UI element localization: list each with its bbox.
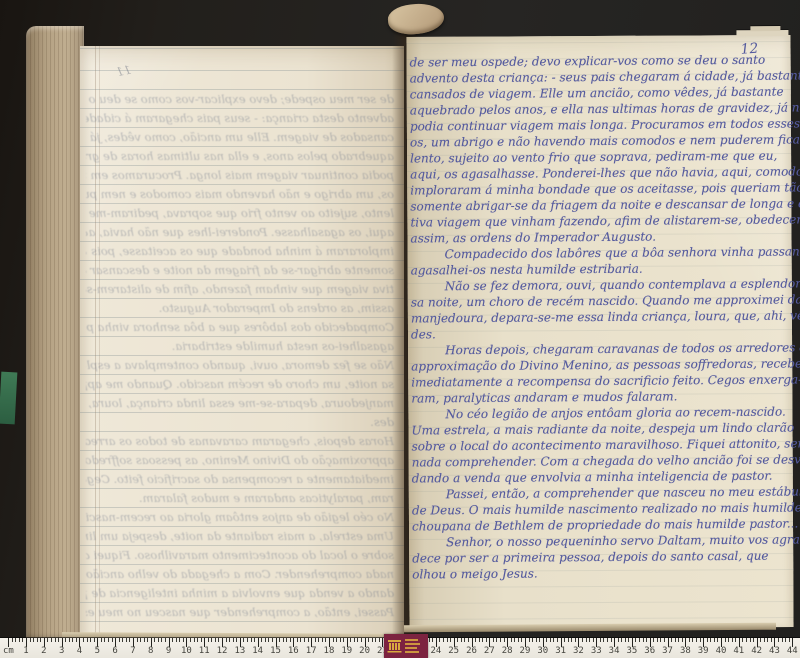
ruler-sub-tick [161, 638, 162, 642]
ruler-sub-tick [496, 638, 497, 642]
ruler-sub-tick [639, 638, 640, 642]
ruler-number: 20 [358, 646, 372, 656]
ruler-number: 17 [304, 646, 318, 656]
ruler-number: 34 [607, 646, 621, 656]
bleed-through-line: aquebrado pelos anos, e ella nas ultimas… [86, 147, 394, 166]
ruler-sub-tick [350, 638, 351, 642]
ruler-number: 25 [447, 646, 461, 656]
ruler-sub-tick [568, 638, 569, 642]
ruler-sub-tick [518, 638, 519, 642]
ruler-sub-tick [379, 638, 380, 642]
ruler-sub-tick [190, 638, 191, 642]
ruler-sub-tick [108, 638, 109, 642]
ruler-sub-tick [735, 638, 736, 642]
ruler-sub-tick [197, 638, 198, 642]
bleed-through-line: manjedoura, depara-se-me essa linda cria… [86, 394, 394, 413]
ruler-sub-tick [308, 638, 309, 642]
ruler-sub-tick [479, 638, 480, 642]
ruler-sub-tick [126, 638, 127, 642]
archive-stamp-text [405, 639, 420, 653]
ruler-sub-tick [457, 638, 458, 642]
bleed-through-line: agasalhei-os nesta humilde estribaria. [86, 337, 394, 356]
ruler-sub-tick [611, 638, 612, 642]
ruler-unit-label: cm [3, 646, 14, 656]
bleed-through-line: ram, paralyticas andaram e mudos falaram… [86, 489, 394, 508]
ruler-number: 18 [322, 646, 336, 656]
ruler-sub-tick [439, 638, 440, 642]
ruler-sub-tick [226, 638, 227, 642]
ruler-sub-tick [300, 638, 301, 642]
bleed-through-line: sobre o local do acontecimento maravilho… [86, 546, 394, 565]
ruler-sub-tick [760, 638, 761, 642]
ruler-number: 40 [714, 646, 728, 656]
building-icon [387, 639, 402, 653]
ruler-sub-tick [354, 638, 355, 642]
ruler-sub-tick [575, 638, 576, 642]
ruler-sub-tick [625, 638, 626, 642]
ruler-sub-tick [742, 638, 743, 642]
ruler-sub-tick [553, 638, 554, 642]
ruler-sub-tick [546, 638, 547, 642]
ruler-sub-tick [283, 638, 284, 642]
ruler-sub-tick [536, 638, 537, 642]
ruler-cm-tick [8, 638, 9, 647]
bleed-through-line: Compadecido dos labôres que a bôa senhor… [86, 318, 394, 337]
ruler-sub-tick [58, 638, 59, 642]
bleed-through-line: Não se fez demora, ouvi, quando contempl… [86, 356, 394, 375]
ruler-number: 26 [465, 646, 479, 656]
ruler-number: 11 [197, 646, 211, 656]
bleed-through-line: de ser meu ospede; devo explicar-vos com… [86, 90, 394, 109]
ruler-number: 7 [126, 646, 140, 656]
bleed-through-text: de ser meu ospede; devo explicar-vos com… [86, 90, 394, 630]
ruler-number: 24 [429, 646, 443, 656]
ruler-sub-tick [218, 638, 219, 642]
ruler-sub-tick [76, 638, 77, 642]
ruler-sub-tick [176, 638, 177, 642]
ruler-number: 6 [108, 646, 122, 656]
ruler-sub-tick [87, 638, 88, 642]
page-curl [387, 1, 446, 37]
ruler-sub-tick [771, 638, 772, 642]
ruler-sub-tick [243, 638, 244, 642]
ruler-number: 3 [55, 646, 69, 656]
ruler-sub-tick [254, 638, 255, 642]
ruler-sub-tick [750, 638, 751, 642]
ruler-sub-tick [482, 638, 483, 642]
ruler-number: 13 [233, 646, 247, 656]
bleed-through-line: approximação do Divino Menino, as pessoa… [86, 451, 394, 470]
ruler-number: 37 [661, 646, 675, 656]
bleed-through-line: imediatamente a recompensa do sacrificio… [86, 470, 394, 489]
bleed-through-line: advento desta criança: - seus pais chega… [86, 109, 394, 128]
ruler-number: 2 [37, 646, 51, 656]
ruler-sub-tick [361, 638, 362, 642]
ruler-sub-tick [236, 638, 237, 642]
ruler-sub-tick [635, 638, 636, 642]
ruler-sub-tick [593, 638, 594, 642]
ruler-sub-tick [660, 638, 661, 642]
ruler-sub-tick [618, 638, 619, 642]
ruler-sub-tick [147, 638, 148, 642]
ruler-number: 10 [179, 646, 193, 656]
ruler-sub-tick [69, 638, 70, 642]
ruler-sub-tick [582, 638, 583, 642]
ruler-sub-tick [357, 638, 358, 642]
ruler-sub-tick [55, 638, 56, 642]
left-page: de ser meu ospede; devo explicar-vos com… [80, 46, 404, 638]
ruler-sub-tick [208, 638, 209, 642]
ruler-sub-tick [586, 638, 587, 642]
ruler-sub-tick [172, 638, 173, 642]
ruler-sub-tick [746, 638, 747, 642]
green-backing [0, 372, 17, 425]
ruler-number: 33 [589, 646, 603, 656]
book-bottom-edge [404, 623, 776, 633]
measurement-ruler: cm 1234567891011121314151617181920212223… [0, 638, 800, 658]
bleed-through-line: Passei, então, a comprehender que nasceu… [86, 603, 394, 622]
ruler-sub-tick [137, 638, 138, 642]
ruler-sub-tick [140, 638, 141, 642]
ruler-sub-tick [158, 638, 159, 642]
ruler-sub-tick [450, 638, 451, 642]
ruler-sub-tick [129, 638, 130, 642]
ruler-sub-tick [732, 638, 733, 642]
ruler-sub-tick [447, 638, 448, 642]
ruler-sub-tick [539, 638, 540, 642]
ruler-sub-tick [201, 638, 202, 642]
ruler-sub-tick [664, 638, 665, 642]
ruler-sub-tick [279, 638, 280, 642]
ruler-sub-tick [571, 638, 572, 642]
ruler-sub-tick [40, 638, 41, 642]
ruler-sub-tick [653, 638, 654, 642]
ruler-sub-tick [475, 638, 476, 642]
bleed-through-line: sa noite, um choro de recém nascido. Qua… [86, 375, 394, 394]
handwritten-line: olhou o meigo Jesus. [412, 563, 792, 582]
ruler-sub-tick [290, 638, 291, 642]
ruler-sub-tick [550, 638, 551, 642]
ruler-sub-tick [753, 638, 754, 642]
ruler-sub-tick [589, 638, 590, 642]
ruler-sub-tick [432, 638, 433, 642]
archive-stamp [384, 634, 428, 658]
ruler-number: 36 [643, 646, 657, 656]
ruler-sub-tick [343, 638, 344, 642]
ruler-sub-tick [500, 638, 501, 642]
ruler-sub-tick [33, 638, 34, 642]
ruler-number: 12 [215, 646, 229, 656]
ruler-sub-tick [607, 638, 608, 642]
ruler-sub-tick [557, 638, 558, 642]
ruler-sub-tick [785, 638, 786, 642]
bleed-through-line: Horas depois, chegaram caravanas de todo… [86, 432, 394, 451]
bleed-through-line: tiva viagem que vinham fazendo, afim de … [86, 280, 394, 299]
ruler-number: 31 [554, 646, 568, 656]
ruler-sub-tick [643, 638, 644, 642]
ruler-sub-tick [179, 638, 180, 642]
ruler-sub-tick [37, 638, 38, 642]
ruler-sub-tick [90, 638, 91, 642]
ruler-number: 14 [251, 646, 265, 656]
ruler-sub-tick [707, 638, 708, 642]
ruler-sub-tick [104, 638, 105, 642]
ruler-number: 43 [767, 646, 781, 656]
ruler-sub-tick [717, 638, 718, 642]
ruler-sub-tick [272, 638, 273, 642]
ruler-sub-tick [789, 638, 790, 642]
bleed-through-line: podia continuar viagem mais longa. Procu… [86, 166, 394, 185]
ruler-sub-tick [464, 638, 465, 642]
ruler-number: 1 [19, 646, 33, 656]
ruler-number: 8 [144, 646, 158, 656]
ruler-sub-tick [51, 638, 52, 642]
ruler-number: 42 [750, 646, 764, 656]
ruler-sub-tick [165, 638, 166, 642]
ruler-sub-tick [297, 638, 298, 642]
ruler-sub-tick [603, 638, 604, 642]
ruler-sub-tick [511, 638, 512, 642]
ruler-number: 41 [732, 646, 746, 656]
ruler-sub-tick [468, 638, 469, 642]
ruler-sub-tick [375, 638, 376, 642]
ruler-number: 30 [536, 646, 550, 656]
ruler-sub-tick [443, 638, 444, 642]
ruler-number: 15 [269, 646, 283, 656]
ruler-number: 19 [340, 646, 354, 656]
ruler-sub-tick [682, 638, 683, 642]
ruler-sub-tick [72, 638, 73, 642]
ruler-sub-tick [30, 638, 31, 642]
ruler-sub-tick [65, 638, 66, 642]
ruler-sub-tick [94, 638, 95, 642]
bleed-through-line: assim, as ordens do Imperador Augusto. [86, 299, 394, 318]
scanned-notebook: de ser meu ospede; devo explicar-vos com… [0, 0, 800, 658]
ruler-sub-tick [251, 638, 252, 642]
bleed-through-line: Uma estrela, a mais radiante da noite, d… [86, 527, 394, 546]
ruler-sub-tick [83, 638, 84, 642]
ruler-number: 28 [500, 646, 514, 656]
ruler-sub-tick [486, 638, 487, 642]
ruler-sub-tick [304, 638, 305, 642]
ruler-sub-tick [600, 638, 601, 642]
ruler-sub-tick [461, 638, 462, 642]
ruler-sub-tick [336, 638, 337, 642]
right-page: 12 de ser meu ospede; devo explicar-vos … [406, 35, 793, 629]
ruler-sub-tick [47, 638, 48, 642]
ruler-sub-tick [714, 638, 715, 642]
ruler-sub-tick [764, 638, 765, 642]
handwritten-text: de ser meu ospede; devo explicar-vos com… [410, 52, 793, 582]
ruler-number: 9 [162, 646, 176, 656]
ruler-sub-tick [315, 638, 316, 642]
ruler-sub-tick [318, 638, 319, 642]
ruler-sub-tick [621, 638, 622, 642]
ruler-number: 27 [482, 646, 496, 656]
ruler-sub-tick [628, 638, 629, 642]
ruler-sub-tick [247, 638, 248, 642]
ruler-sub-tick [286, 638, 287, 642]
ruler-sub-tick [529, 638, 530, 642]
ruler-number: 39 [696, 646, 710, 656]
ruler-sub-tick [229, 638, 230, 642]
ruler-sub-tick [144, 638, 145, 642]
stacked-page-corner [750, 26, 780, 31]
ruler-sub-tick [782, 638, 783, 642]
bleed-through-line: cansados de viagem. Elle um ancião, como… [86, 128, 394, 147]
ruler-sub-tick [692, 638, 693, 642]
ruler-sub-tick [322, 638, 323, 642]
bleed-through-line: des. [86, 413, 394, 432]
ruler-sub-tick [15, 638, 16, 642]
bleed-through-line: No céo legião de anjos entôam gloria ao … [86, 508, 394, 527]
ruler-sub-tick [122, 638, 123, 642]
ruler-sub-tick [112, 638, 113, 642]
ruler-sub-tick [119, 638, 120, 642]
ruler-sub-tick [564, 638, 565, 642]
ruler-sub-tick [678, 638, 679, 642]
ruler-sub-tick [429, 638, 430, 642]
ruler-sub-tick [504, 638, 505, 642]
ruler-sub-tick [194, 638, 195, 642]
ruler-sub-tick [778, 638, 779, 642]
ruler-sub-tick [514, 638, 515, 642]
ruler-sub-tick [657, 638, 658, 642]
bleed-through-line: aqui, os agasalhasse. Ponderei-lhes que … [86, 223, 394, 242]
bleed-through-line: imploraram á minha bondade que os aceita… [86, 242, 394, 261]
ruler-number: 5 [90, 646, 104, 656]
ruler-sub-tick [671, 638, 672, 642]
ruler-sub-tick [532, 638, 533, 642]
ruler-sub-tick [325, 638, 326, 642]
ruler-number: 32 [571, 646, 585, 656]
ruler-number: 29 [518, 646, 532, 656]
bleed-through-line: nada comprehender. Com a chegada do velh… [86, 565, 394, 584]
ruler-sub-tick [268, 638, 269, 642]
ruler-sub-tick [215, 638, 216, 642]
bleed-through-line: dando a venda que envolvia a minha intel… [86, 584, 394, 603]
ruler-sub-tick [675, 638, 676, 642]
ruler-sub-tick [261, 638, 262, 642]
ruler-sub-tick [233, 638, 234, 642]
ruler-number: 4 [72, 646, 86, 656]
ruler-sub-tick [725, 638, 726, 642]
ruler-sub-tick [211, 638, 212, 642]
ruler-sub-tick [368, 638, 369, 642]
bleed-through-line: os, um abrigo e não havendo mais comodos… [86, 185, 394, 204]
ruler-sub-tick [696, 638, 697, 642]
ruler-sub-tick [728, 638, 729, 642]
ruler-sub-tick [12, 638, 13, 642]
ruler-sub-tick [154, 638, 155, 642]
ruler-sub-tick [265, 638, 266, 642]
ruler-number: 35 [625, 646, 639, 656]
bleed-through-line: somente abrigar-se da friagem da noite e… [86, 261, 394, 280]
ruler-sub-tick [372, 638, 373, 642]
ruler-sub-tick [767, 638, 768, 642]
book-fore-edge [26, 26, 84, 642]
ruler-number: 38 [678, 646, 692, 656]
ruler-sub-tick [521, 638, 522, 642]
ruler-sub-tick [340, 638, 341, 642]
ruler-sub-tick [22, 638, 23, 642]
ruler-number: 16 [286, 646, 300, 656]
bleed-through-line: lento, sujeito ao vento frio que soprava… [86, 204, 394, 223]
ruler-sub-tick [183, 638, 184, 642]
ruler-sub-tick [493, 638, 494, 642]
ruler-sub-tick [646, 638, 647, 642]
ruler-sub-tick [19, 638, 20, 642]
ruler-sub-tick [700, 638, 701, 642]
ruler-sub-tick [101, 638, 102, 642]
ruler-sub-tick [333, 638, 334, 642]
ruler-sub-tick [710, 638, 711, 642]
ruler-number: 44 [785, 646, 799, 656]
ruler-sub-tick [689, 638, 690, 642]
